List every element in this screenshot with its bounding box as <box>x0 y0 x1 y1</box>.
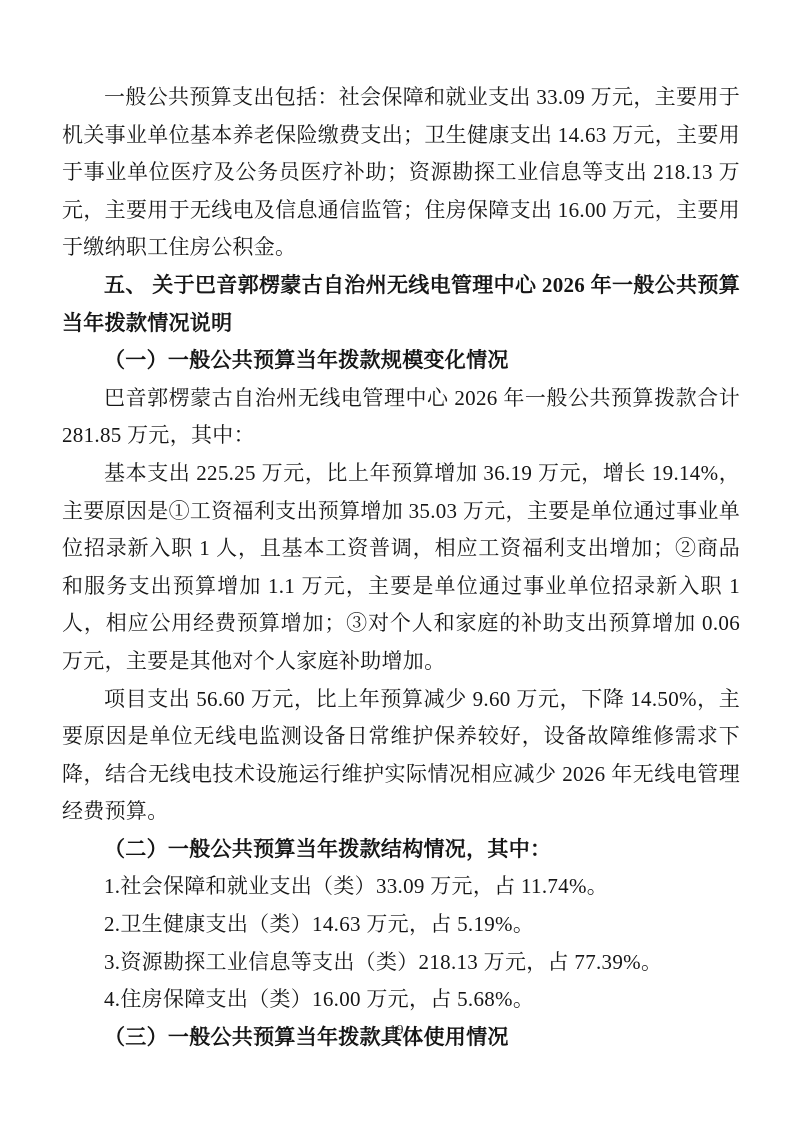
paragraph-basic-expenditure-increase: 基本支出 225.25 万元，比上年预算增加 36.19 万元，增长 19.14… <box>62 455 740 681</box>
list-item-resource-exploration-industry-information: 3.资源勘探工业信息等支出（类）218.13 万元，占 77.39%。 <box>62 944 740 982</box>
paragraph-total-appropriation: 巴音郭楞蒙古自治州无线电管理中心 2026 年一般公共预算拨款合计 281.85… <box>62 380 740 455</box>
heading-subsection-1-scale-change: （一）一般公共预算当年拨款规模变化情况 <box>62 342 740 380</box>
heading-subsection-2-structure: （二）一般公共预算当年拨款结构情况，其中： <box>62 831 740 869</box>
document-page: 一般公共预算支出包括：社会保障和就业支出 33.09 万元，主要用于机关事业单位… <box>0 0 793 1122</box>
list-item-housing-security: 4.住房保障支出（类）16.00 万元，占 5.68%。 <box>62 981 740 1019</box>
list-item-social-security-employment: 1.社会保障和就业支出（类）33.09 万元，占 11.74%。 <box>62 868 740 906</box>
page-body: 一般公共预算支出包括：社会保障和就业支出 33.09 万元，主要用于机关事业单位… <box>62 79 740 1056</box>
list-item-health: 2.卫生健康支出（类）14.63 万元，占 5.19%。 <box>62 906 740 944</box>
heading-section-5-appropriation-explanation: 五、 关于巴音郭楞蒙古自治州无线电管理中心 2026 年一般公共预算当年拨款情况… <box>62 267 740 342</box>
paragraph-general-budget-expenditure-breakdown: 一般公共预算支出包括：社会保障和就业支出 33.09 万元，主要用于机关事业单位… <box>62 79 740 267</box>
paragraph-project-expenditure-decrease: 项目支出 56.60 万元，比上年预算减少 9.60 万元，下降 14.50%，… <box>62 681 740 831</box>
page-number: 19 <box>0 1022 793 1040</box>
